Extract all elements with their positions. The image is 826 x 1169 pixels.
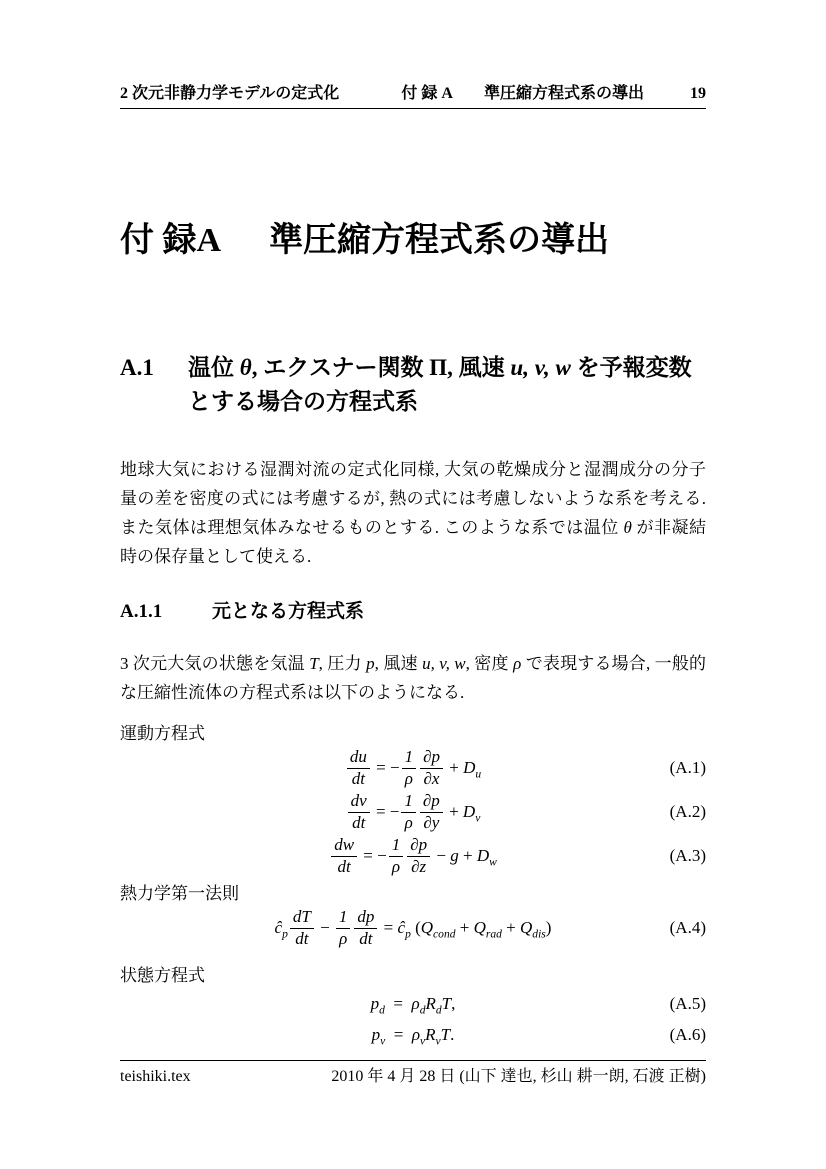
equation-row-a6: pv = ρvRvT. (A.6) bbox=[120, 1019, 706, 1050]
equation-number-a6: (A.6) bbox=[670, 1025, 706, 1045]
document-page: 2 次元非静力学モデルの定式化 付 録 A 準圧縮方程式系の導出 19 付 録A… bbox=[0, 0, 826, 1169]
equation-math-a4: ĉpdTdt − 1ρdpdt = ĉp (Qcond + Qrad + Qdi… bbox=[275, 907, 552, 948]
equation-group-label-state: 状態方程式 bbox=[120, 966, 706, 986]
subsection-title: 元となる方程式系 bbox=[212, 599, 364, 625]
body-paragraph-2: 3 次元大気の状態を気温 T, 圧力 p, 風速 u, v, w, 密度 ρ で… bbox=[120, 649, 706, 707]
equation-number-a5: (A.5) bbox=[670, 994, 706, 1014]
header-page-number: 19 bbox=[690, 84, 706, 104]
section-number: A.1 bbox=[120, 351, 188, 419]
equation-row-a1: dudt = −1ρ∂p∂x + Du (A.1) bbox=[120, 746, 706, 790]
header-chapter-title: 2 次元非静力学モデルの定式化 bbox=[120, 84, 339, 104]
equation-math-a3: dwdt = −1ρ∂p∂z − g + Dw bbox=[329, 835, 497, 876]
equation-number-a1: (A.1) bbox=[670, 758, 706, 778]
footer-filename: teishiki.tex bbox=[120, 1067, 191, 1087]
equation-group-label-thermo: 熱力学第一法則 bbox=[120, 884, 706, 904]
page-header: 2 次元非静力学モデルの定式化 付 録 A 準圧縮方程式系の導出 19 bbox=[120, 0, 706, 109]
equation-math-a2: dvdt = −1ρ∂p∂y + Dv bbox=[346, 791, 481, 832]
appendix-title-text: 準圧縮方程式系の導出 bbox=[269, 222, 609, 259]
equation-row-a5: pd = ρdRdT, (A.5) bbox=[120, 988, 706, 1019]
header-rule bbox=[120, 108, 706, 109]
equation-row-a2: dvdt = −1ρ∂p∂y + Dv (A.2) bbox=[120, 790, 706, 834]
appendix-title-label: 付 録A bbox=[120, 222, 221, 259]
equation-math-a1: dudt = −1ρ∂p∂x + Du bbox=[345, 747, 481, 788]
equation-math-a6: pv = ρvRvT. bbox=[372, 1025, 455, 1045]
equation-row-a3: dwdt = −1ρ∂p∂z − g + Dw (A.3) bbox=[120, 834, 706, 878]
equation-number-a3: (A.3) bbox=[670, 846, 706, 866]
subsection-heading-a11: A.1.1 元となる方程式系 bbox=[120, 599, 706, 625]
equation-group-label-motion: 運動方程式 bbox=[120, 724, 706, 744]
equation-number-a2: (A.2) bbox=[670, 802, 706, 822]
equation-row-a4: ĉpdTdt − 1ρdpdt = ĉp (Qcond + Qrad + Qdi… bbox=[120, 906, 706, 950]
footer-date-authors: 2010 年 4 月 28 日 (山下 達也, 杉山 耕一朗, 石渡 正樹) bbox=[331, 1067, 706, 1087]
body-paragraph-1: 地球大気における湿潤対流の定式化同様, 大気の乾燥成分と湿潤成分の分子量の差を密… bbox=[120, 455, 706, 571]
equation-number-a4: (A.4) bbox=[670, 918, 706, 938]
page-footer: teishiki.tex 2010 年 4 月 28 日 (山下 達也, 杉山 … bbox=[120, 1060, 706, 1087]
subsection-number: A.1.1 bbox=[120, 599, 212, 625]
section-title: 温位 θ, エクスナー関数 Π, 風速 u, v, w を予報変数とする場合の方… bbox=[188, 351, 706, 419]
section-heading-a1: A.1 温位 θ, エクスナー関数 Π, 風速 u, v, w を予報変数とする… bbox=[120, 351, 706, 419]
header-appendix-title: 付 録 A 準圧縮方程式系の導出 bbox=[401, 84, 644, 104]
equation-math-a5: pd = ρdRdT, bbox=[371, 994, 456, 1014]
appendix-title: 付 録A準圧縮方程式系の導出 bbox=[120, 219, 706, 263]
